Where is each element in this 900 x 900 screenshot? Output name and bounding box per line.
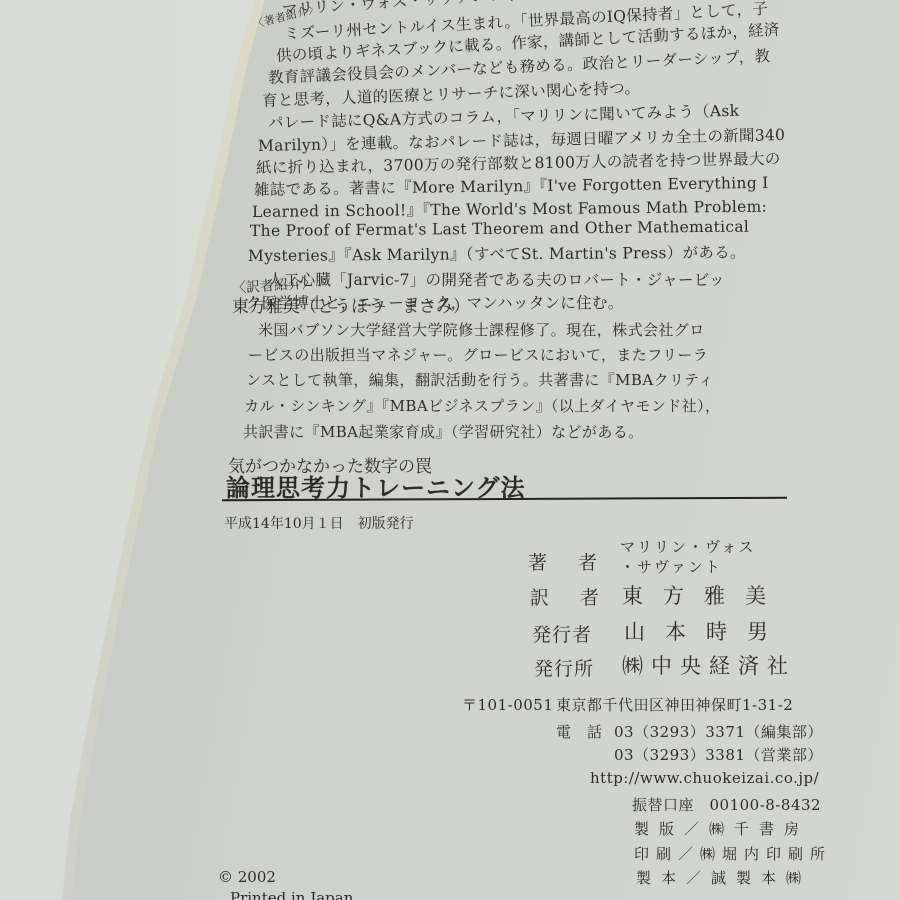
- printing-credit: 印刷／㈱堀内印刷所: [634, 843, 832, 864]
- translator-bio-line: カル・シンキング』『MBAビジネスプラン』（以上ダイヤモンド社），: [244, 395, 720, 416]
- credit-value-author-2: ・サヴァント: [620, 557, 722, 577]
- credit-value-publishing-house: ㈱中央経済社: [622, 650, 796, 680]
- translator-name: 東方雅美（とうほう まさみ）: [232, 292, 470, 317]
- transfer-account: 振替口座 00100-8-8432: [632, 794, 821, 815]
- edition-date: 平成14年10月１日 初版発行: [224, 513, 414, 533]
- phone-label: 電 話: [556, 721, 603, 742]
- credit-label-publishing-house: 発行所: [534, 654, 594, 681]
- credit-label-publisher: 発行者: [532, 620, 592, 647]
- postal-code: 〒101-0051: [462, 694, 553, 715]
- credit-value-publisher: 山本時男: [624, 616, 788, 646]
- printed-in: Printed in Japan: [230, 889, 353, 900]
- phone-editorial: 03（3293）3371（編集部）: [614, 721, 823, 742]
- bio-line: Mysteries』『Ask Marilyn』（すべてSt. Martin's …: [248, 241, 746, 266]
- credit-value-author-1: マリリン・ヴォス: [620, 537, 755, 557]
- credit-label-author: 著 者: [528, 548, 603, 575]
- translator-bio-line: 米国バブソン大学経営大学院修士課程修了。現在，株式会社グロ: [258, 319, 705, 340]
- translator-bio-line: 共訳書に『MBA起業家育成』（学習研究社）などがある。: [243, 421, 644, 442]
- translator-bio-line: ンスとして執筆，編集，翻訳活動を行う。共著書に『MBAクリティ: [246, 369, 714, 390]
- phone-sales: 03（3293）3381（営業部）: [614, 744, 823, 765]
- publisher-url: http://www.chuokeizai.co.jp/: [590, 769, 819, 787]
- credit-label-translator: 訳 者: [530, 583, 605, 610]
- credit-value-translator: 東方雅美: [622, 580, 786, 610]
- platemaking-credit: 製版／㈱千書房: [634, 818, 809, 839]
- address: 東京都千代田区神田神保町1-31-2: [556, 694, 793, 715]
- binding-credit: 製本／誠製本㈱: [636, 867, 811, 888]
- copyright: © 2002: [218, 868, 276, 886]
- translator-bio-line: ービスの出版担当マネジャー。グロービスにおいて，またフリーラ: [248, 344, 708, 365]
- bio-line: 人工心臓「Jarvic-7」の開発者である夫のロバート・ジャービッ: [268, 268, 725, 290]
